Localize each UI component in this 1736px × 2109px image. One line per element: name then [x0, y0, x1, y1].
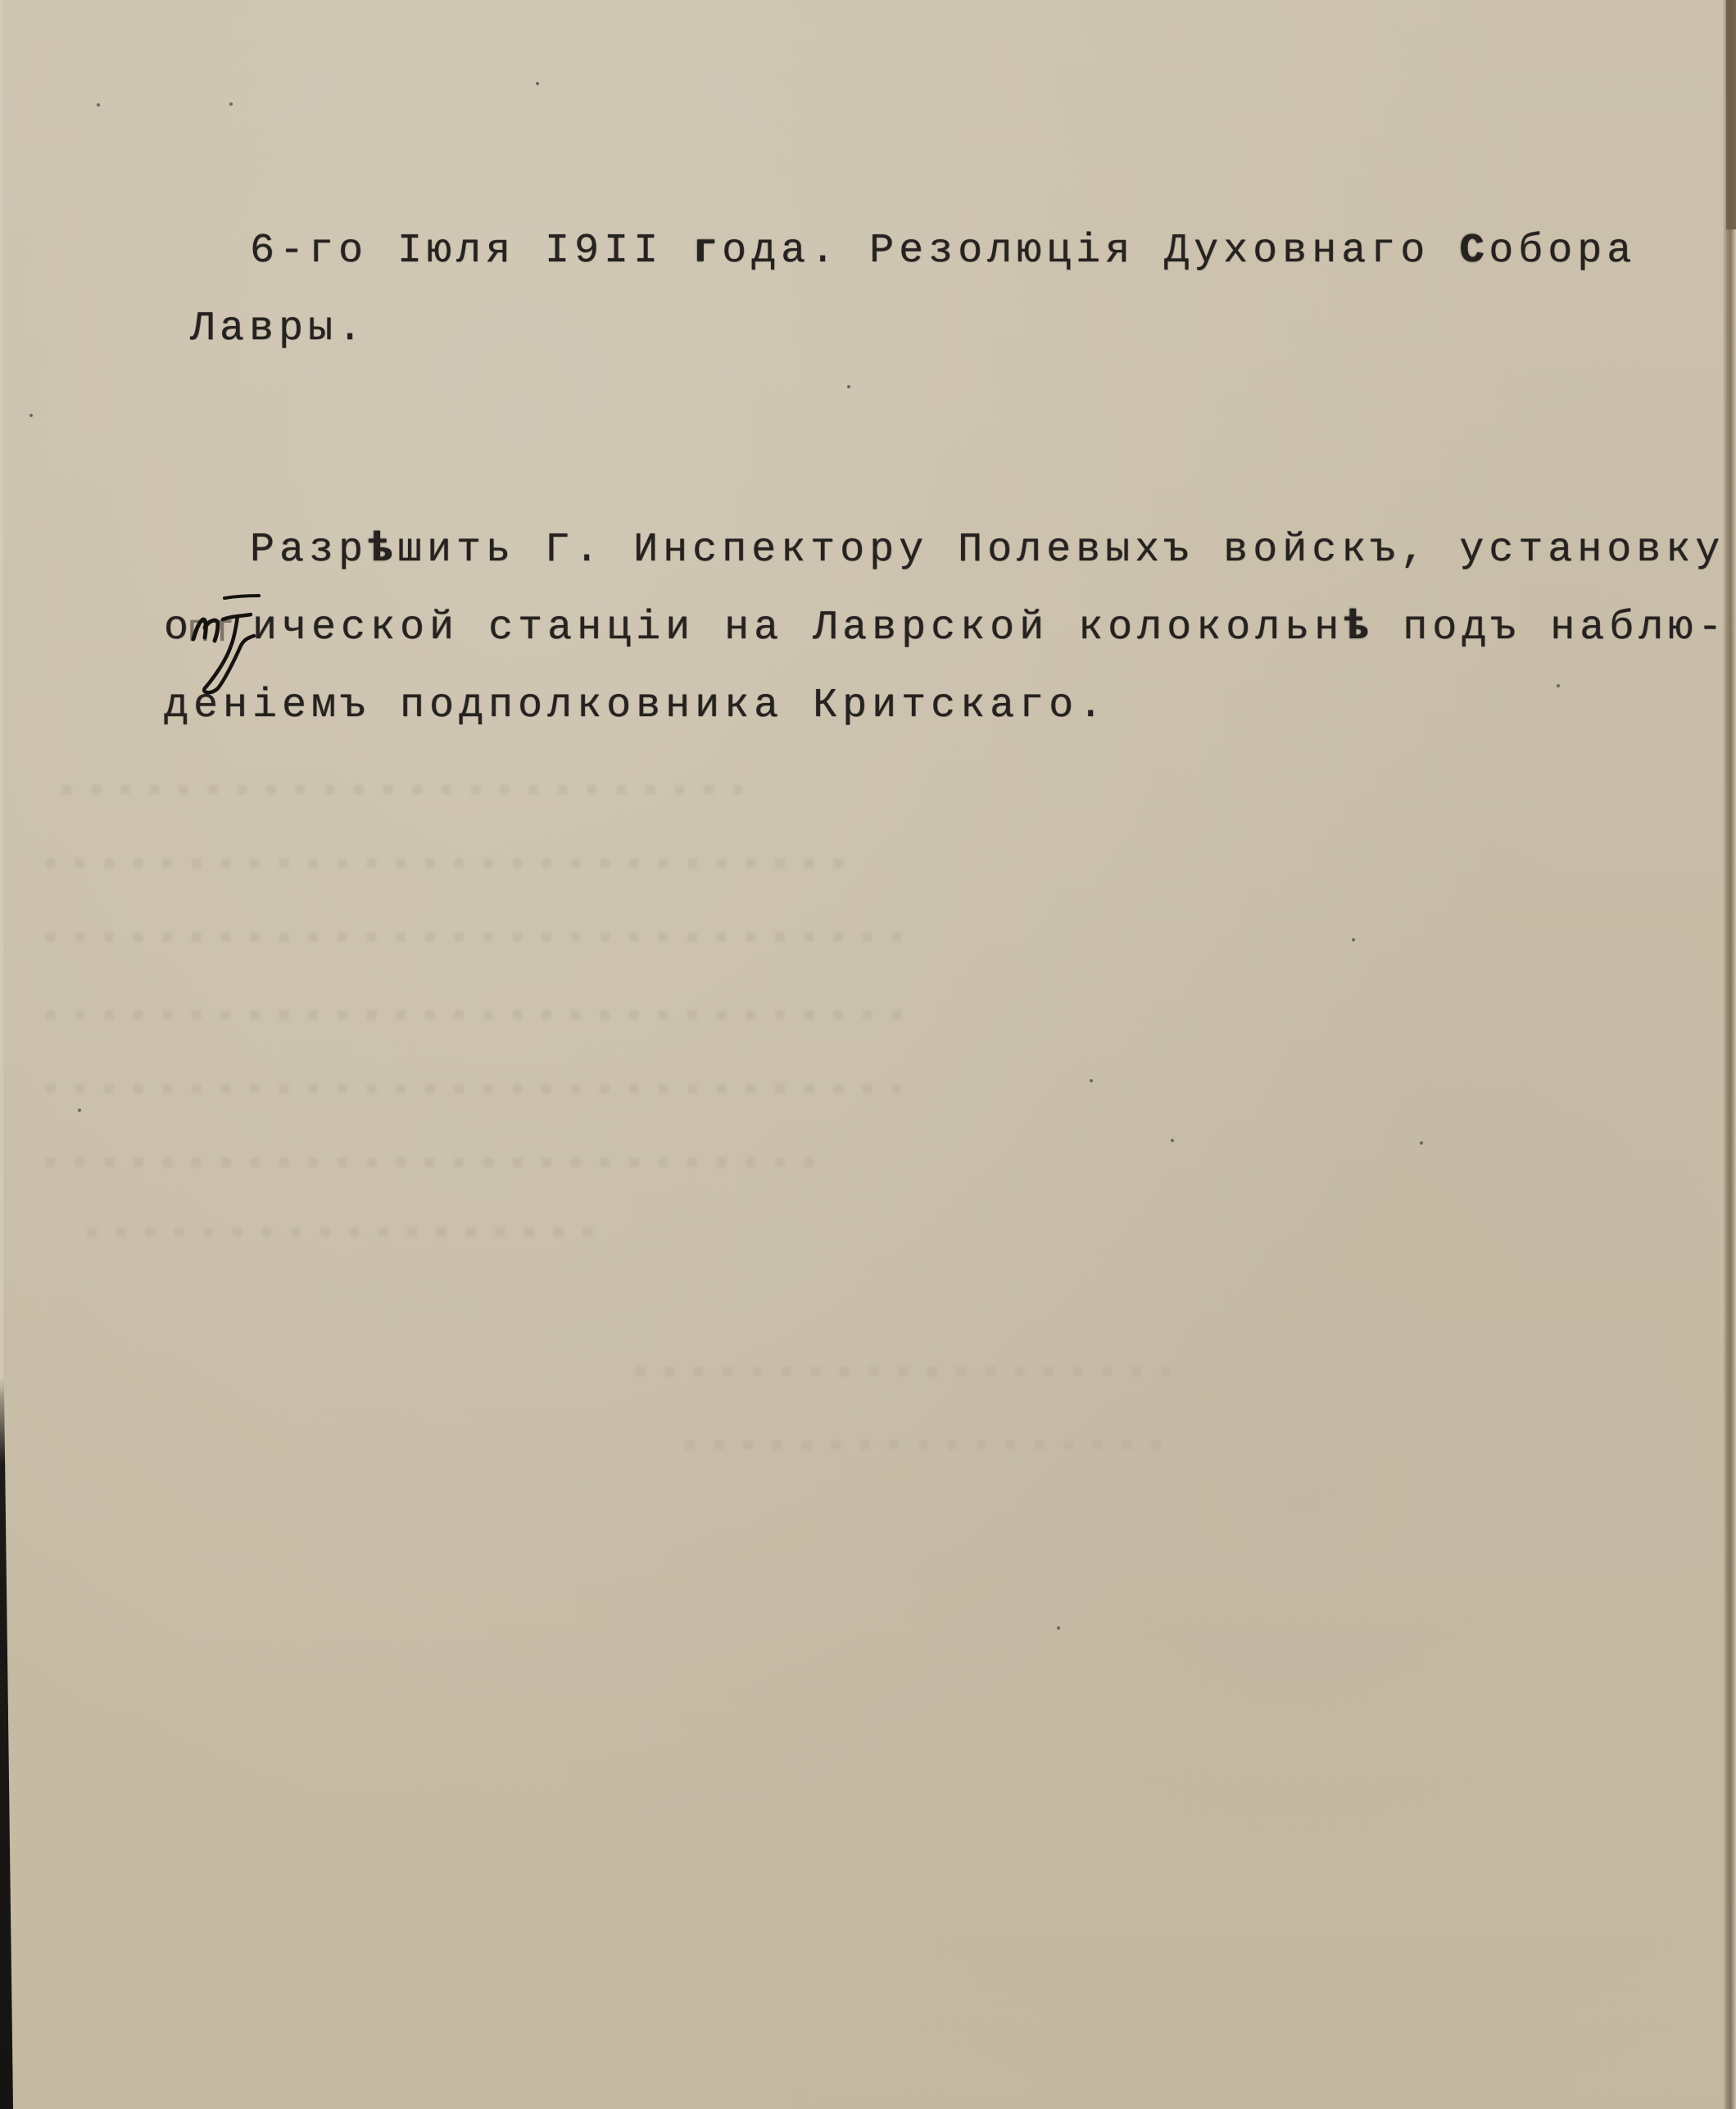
bleed-through-text: ▪▪▪▪▪▪▪▪▪▪▪▪▪▪▪▪▪▪▪▪▪▪▪▪▪▪▪ — [33, 1143, 820, 1186]
overstruck-letter: С — [1459, 228, 1489, 274]
bleed-through-text: ▪▪▪▪▪▪▪▪▪▪▪▪▪▪▪▪▪ — [672, 1426, 1167, 1468]
overstruck-letter: ѣ — [1344, 605, 1373, 651]
bleed-through-text: ▪▪▪▪▪▪▪▪▪▪▪▪▪▪▪▪▪▪▪▪▪▪▪▪▪▪▪▪▪▪ — [33, 1069, 908, 1112]
scan-border-left — [0, 1377, 13, 2109]
paper-speck — [97, 103, 100, 107]
bleed-through-text: ▪▪▪▪▪▪▪▪▪▪▪▪▪▪▪▪▪▪▪ — [623, 1352, 1177, 1395]
bleed-through-text: ▪▪▪▪▪▪▪▪▪▪▪▪▪▪▪▪▪▪ — [74, 1213, 599, 1255]
overstruck-letter: ѣ — [368, 527, 397, 574]
bleed-through-text: ▪▪▪▪▪▪▪▪▪▪▪▪▪▪▪▪▪▪▪▪▪▪▪▪ — [49, 770, 750, 813]
paper-speck — [1057, 1626, 1060, 1630]
heading-line-1: 6-го Іюля І9ІІ года. Резолюція Духовнаго… — [250, 231, 1636, 272]
page-left-edge — [0, 0, 3, 1393]
heading-resolution-text: ода. Резолюція Духовнаго — [722, 228, 1459, 274]
paper-speck — [1352, 938, 1355, 941]
bleed-through-text: ▪▪▪▪▪▪▪▪▪▪▪▪▪▪▪▪▪▪▪▪▪▪▪▪▪▪▪▪ — [33, 844, 850, 887]
paper-speck — [1420, 1141, 1423, 1145]
heading-line-2: Лавры. — [190, 309, 367, 350]
paper-speck — [536, 82, 539, 85]
body-text: шить Г. Инспектору Полевыхъ войскъ, уста… — [397, 527, 1725, 574]
body-line-1: Разрѣшить Г. Инспектору Полевыхъ войскъ,… — [250, 530, 1725, 571]
body-line-2: оптической станціи на Лаврской колокольн… — [164, 608, 1727, 649]
body-text: ической станціи на Лаврской колокольн — [252, 605, 1344, 651]
heading-text-end: обора — [1489, 228, 1636, 274]
paper-speck — [1090, 1079, 1093, 1082]
paper-speck — [229, 102, 233, 106]
page-right-edge — [1723, 0, 1736, 2109]
bleed-through-text: ▪▪▪▪▪▪▪▪▪▪▪▪▪▪▪▪▪▪▪▪▪▪▪▪▪▪▪▪▪▪ — [33, 918, 908, 960]
paper-speck — [847, 385, 850, 388]
heading-date: 6-го Іюля І9ІІ — [250, 228, 692, 274]
overstruck-letter: г — [692, 228, 722, 274]
scan-border-right — [1726, 0, 1736, 229]
paper-speck — [1171, 1139, 1174, 1142]
paper-speck — [78, 1109, 81, 1112]
bleed-through-text: ▪▪▪▪▪▪▪▪▪▪▪▪▪▪▪▪▪▪▪▪▪▪▪▪▪▪▪▪▪▪ — [33, 996, 908, 1038]
document-page: ▪▪▪▪▪▪▪▪▪▪▪▪▪▪▪▪▪▪▪▪▪▪▪▪ ▪▪▪▪▪▪▪▪▪▪▪▪▪▪▪… — [0, 0, 1736, 2109]
handwritten-correction-mark: пт — [182, 592, 272, 698]
body-text: подъ наблю- — [1373, 605, 1727, 651]
body-text: Разр — [250, 527, 368, 574]
paper-speck — [1557, 684, 1560, 687]
paper-speck — [29, 414, 33, 417]
body-line-3: деніемъ подполковника Критскаго. — [164, 686, 1108, 727]
